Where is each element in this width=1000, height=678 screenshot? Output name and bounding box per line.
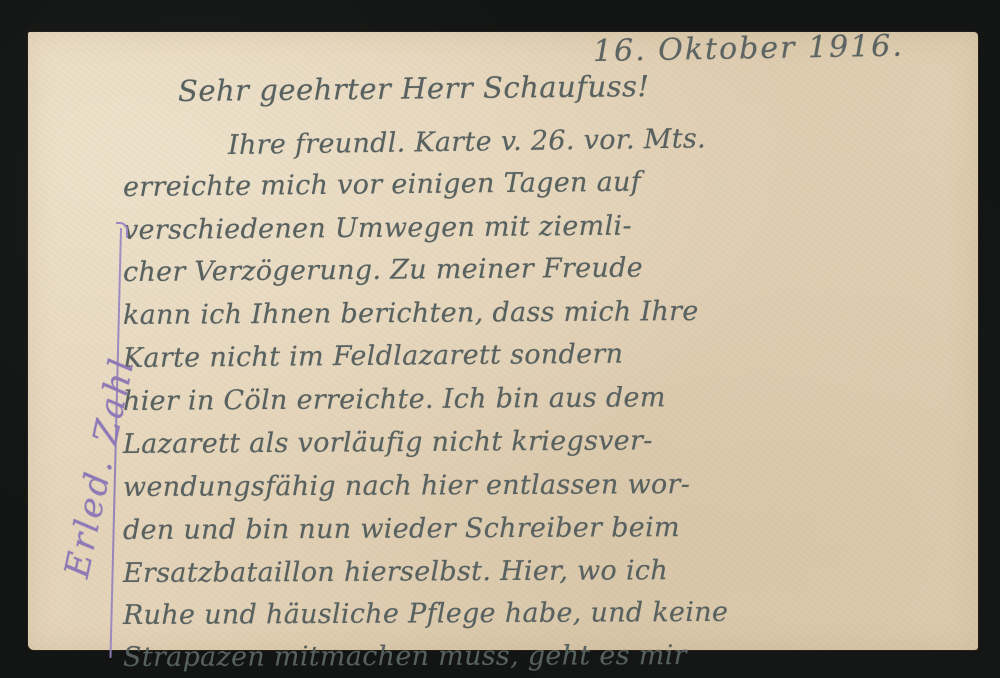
letter-body: Ihre freundl. Karte v. 26. vor. Mts. err… bbox=[28, 32, 978, 650]
letter-line: Ersatzbataillon hierselbst. Hier, wo ich bbox=[123, 555, 668, 589]
letter-line: cher Verzögerung. Zu meiner Freude bbox=[123, 252, 643, 288]
letter-line: hier in Cöln erreichte. Ich bin aus dem bbox=[123, 382, 666, 417]
letter-line: erreichte mich vor einigen Tagen auf bbox=[123, 167, 641, 203]
margin-line-hook bbox=[116, 222, 128, 238]
letter-line: kann ich Ihnen berichten, dass mich Ihre bbox=[123, 296, 699, 331]
letter-line: den und bin nun wieder Schreiber beim bbox=[123, 512, 680, 546]
letter-line: wendungsfähig nach hier entlassen wor- bbox=[123, 469, 690, 503]
letter-line: Ruhe und häusliche Pflege habe, und kein… bbox=[123, 597, 728, 631]
postcard: 16. Oktober 1916. Sehr geehrter Herr Sch… bbox=[28, 32, 978, 650]
letter-line: Strapazen mitmachen muss, geht es mir bbox=[123, 640, 687, 673]
letter-line: Ihre freundl. Karte v. 26. vor. Mts. bbox=[228, 123, 706, 161]
letter-line: Lazarett als vorläufig nicht kriegsver- bbox=[123, 425, 653, 460]
letter-line: verschiedenen Umwegen mit ziemli- bbox=[123, 211, 632, 246]
letter-line: Karte nicht im Feldlazarett sondern bbox=[123, 339, 624, 374]
margin-annotation: Erled. Zahl bbox=[70, 302, 130, 632]
